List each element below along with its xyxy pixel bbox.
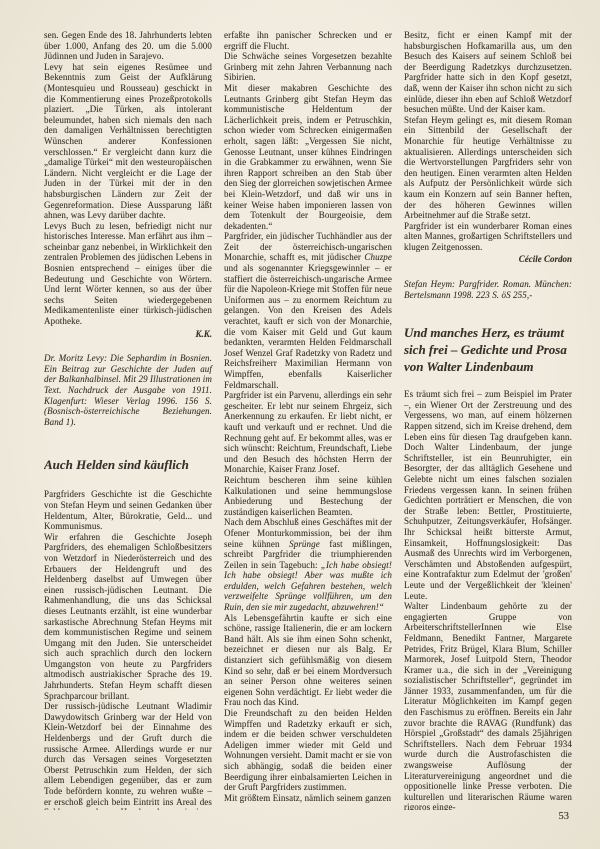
body-paragraph: Stefan Heym gelingt es, mit diesem Roman… — [404, 115, 572, 221]
section-heading: Auch Helden sind käuflich — [44, 457, 212, 473]
body-paragraph: Es träumt sich frei – zum Beispiel im Pr… — [404, 389, 572, 601]
body-paragraph: Die Freundschaft zu den beiden Helden Wi… — [224, 708, 392, 793]
column-right: Besitz, ficht er einen Kampf mit der hab… — [404, 30, 572, 810]
body-paragraph: Die Schwäche seines Vorgesetzen bezahlte… — [224, 51, 392, 83]
column-left: sen. Gegen Ende des 18. Jahrhunderts leb… — [44, 30, 212, 810]
body-paragraph: Pargfrider ist ein wunderbarer Roman ein… — [404, 221, 572, 253]
body-paragraph: Nach dem Abschluß eines Geschäftes mit d… — [224, 517, 392, 612]
journal-page: sen. Gegen Ende des 18. Jahrhunderts leb… — [0, 0, 600, 849]
body-paragraph: Besitz, ficht er einen Kampf mit der hab… — [404, 30, 572, 115]
body-paragraph: Levy hat sein eigenes Resümee und Bekenn… — [44, 62, 212, 221]
author-byline: Cécile Cordon — [404, 254, 572, 265]
body-paragraph: Reichtum bescheren ihm seine kühlen Kalk… — [224, 475, 392, 517]
book-citation: Dr. Moritz Levy: Die Sephardim in Bosnie… — [44, 353, 212, 427]
body-paragraph: Der russisch-jüdische Leutnant Wladimir … — [44, 701, 212, 810]
body-paragraph: Levys Buch zu lesen, befriedigt nicht nu… — [44, 221, 212, 327]
body-paragraph: Pargfrider ist ein Parvenu, allerdings e… — [224, 390, 392, 475]
column-middle: erfaßte ihn panischer Schrecken und er e… — [224, 30, 392, 810]
body-paragraph: Wir erfahren die Geschichte Joseph Pargf… — [44, 532, 212, 702]
body-paragraph: Als Lebensgefährtin kaufte er sich eine … — [224, 613, 392, 708]
body-paragraph: Pargfrider, ein jüdischer Tuchhändler au… — [224, 231, 392, 390]
body-paragraph: Mit größtem Einsatz, nämlich seinem ganz… — [224, 793, 392, 804]
body-paragraph: erfaßte ihn panischer Schrecken und er e… — [224, 30, 392, 51]
body-paragraph: Walter Lindenbaum gehörte zu der engagie… — [404, 601, 572, 810]
section-heading: Und manches Herz, es träumt sich frei – … — [404, 324, 572, 375]
body-paragraph: Mit dieser makabren Geschichte des Leutn… — [224, 83, 392, 231]
body-paragraph: Pargfriders Geschichte ist die Geschicht… — [44, 489, 212, 531]
book-citation: Stefan Heym: Pargfrider. Roman. München:… — [404, 279, 572, 300]
body-paragraph: sen. Gegen Ende des 18. Jahrhunderts leb… — [44, 30, 212, 62]
text-columns: sen. Gegen Ende des 18. Jahrhunderts leb… — [44, 30, 572, 810]
author-byline: K.K. — [44, 329, 212, 340]
page-number: 53 — [559, 811, 570, 822]
